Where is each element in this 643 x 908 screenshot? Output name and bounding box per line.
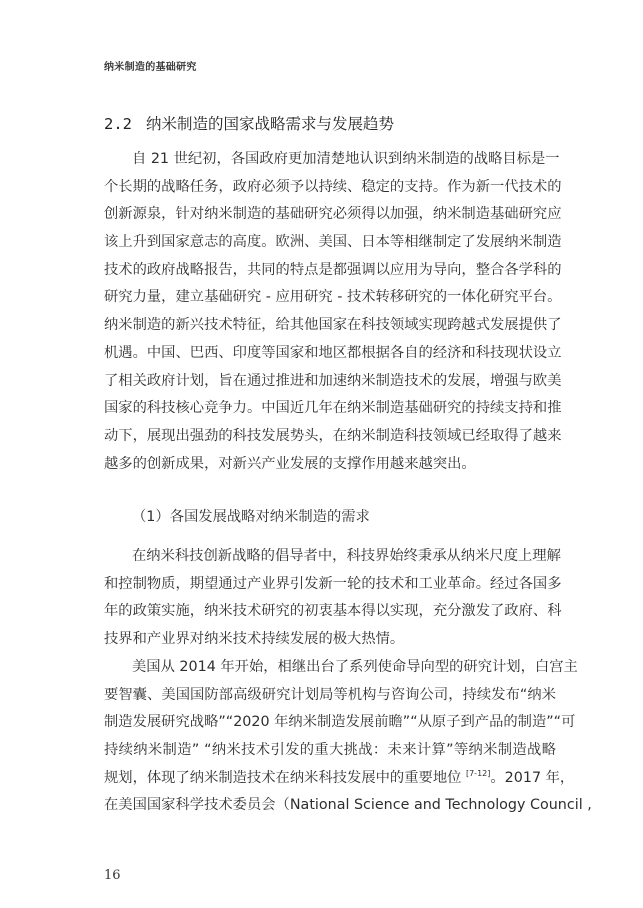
text-line: 该上升到国家意志的高度。欧洲、美国、日本等相继制定了发展纳米制造 [104,229,556,257]
text-line: 研究力量，建立基础研究 - 应用研究 - 技术转移研究的一体化研究平台。 [104,284,556,312]
running-header: 纳米制造的基础研究 [104,58,197,73]
section-title-text: 纳米制造的国家战略需求与发展趋势 [146,115,394,133]
text-line: 机遇。中国、巴西、印度等国家和地区都根据各自的经济和科技现状设立 [104,340,556,368]
text-line: 技界和产业界对纳米技术持续发展的极大热情。 [104,626,556,654]
subsection-heading: （1）各国发展战略对纳米制造的需求 [132,506,370,526]
text-line: 纳米制造的新兴技术特征，给其他国家在科技领域实现跨越式发展提供了 [104,312,556,340]
section-title: 2.2纳米制造的国家战略需求与发展趋势 [104,112,394,134]
section-number: 2.2 [104,115,132,133]
text-line: 技术的政府战略报告，共同的特点是都强调以应用为导向，整合各学科的 [104,257,556,285]
text-line: 个长期的战略任务，政府必须予以持续、稳定的支持。作为新一代技术的 [104,174,556,202]
text-line: 美国从 2014 年开始，相继出台了系列使命导向型的研究计划，白宫主 [104,654,556,682]
text-segment: 规划，体现了纳米制造技术在纳米科技发展中的重要地位 [104,770,461,786]
text-line: 和控制物质，期望通过产业界引发新一轮的技术和工业革命。经过各国多 [104,571,556,599]
text-line: 年的政策实施，纳米技术研究的初衷基本得以实现，充分激发了政府、科 [104,598,556,626]
text-line: 了相关政府计划，旨在通过推进和加速纳米制造技术的发展，增强与欧美 [104,368,556,396]
text-line: 在纳米科技创新战略的倡导者中，科技界始终秉承从纳米尺度上理解 [104,543,556,571]
page-number: 16 [104,868,121,883]
text-line: 制造发展研究战略”“2020 年纳米制造发展前瞻”“从原子到产品的制造”“可 [104,709,556,737]
paragraph-3: 美国从 2014 年开始，相继出台了系列使命导向型的研究计划，白宫主 要智囊、美… [104,654,556,820]
text-line: 自 21 世纪初，各国政府更加清楚地认识到纳米制造的战略目标是一 [104,146,556,174]
text-line: 越多的创新成果，对新兴产业发展的支撑作用越来越突出。 [104,451,556,479]
paragraph-1: 自 21 世纪初，各国政府更加清楚地认识到纳米制造的战略目标是一 个长期的战略任… [104,146,556,478]
text-line: 动下，展现出强劲的科技发展势头，在纳米制造科技领域已经取得了越来 [104,423,556,451]
text-line: 国家的科技核心竞争力。中国近几年在纳米制造基础研究的持续支持和推 [104,395,556,423]
citation-reference[interactable]: [7-12] [466,769,490,778]
text-line-with-citation: 规划，体现了纳米制造技术在纳米科技发展中的重要地位 [7-12]。2017 年， [104,765,556,793]
text-line: 持续纳米制造” “纳米技术引发的重大挑战：未来计算”等纳米制造战略 [104,737,556,765]
text-line: 要智囊、美国国防部高级研究计划局等机构与咨询公司，持续发布“纳米 [104,682,556,710]
paragraph-2: 在纳米科技创新战略的倡导者中，科技界始终秉承从纳米尺度上理解 和控制物质，期望通… [104,543,556,654]
text-line: 在美国国家科学技术委员会（National Science and Techno… [104,792,556,820]
text-segment: 。2017 年， [490,770,574,786]
text-line: 创新源泉，针对纳米制造的基础研究必须得以加强，纳米制造基础研究应 [104,201,556,229]
